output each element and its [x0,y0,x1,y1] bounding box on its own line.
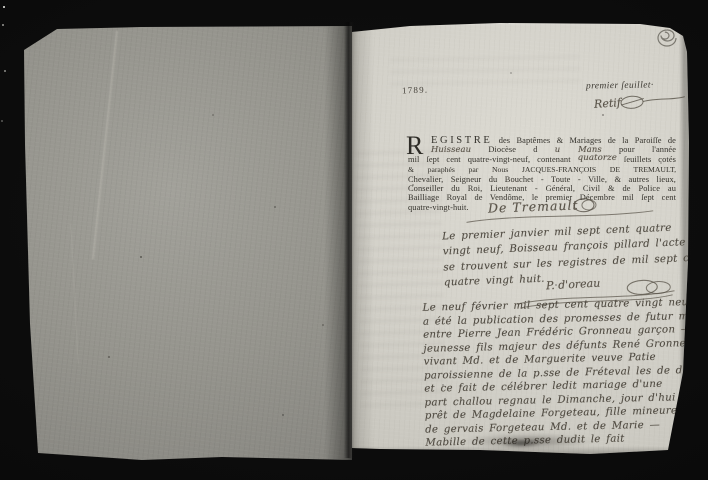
heading-diocese-label: Diocèse d [488,145,537,154]
scanned-register-spread: 1789. premier ſeuillet· Retif R EGISTRE … [0,0,708,480]
paper-specks [22,24,24,26]
official-signature: De Tremault [488,196,579,217]
book-gutter-shadow [344,22,354,458]
heading-line: Huisseau Diocèse d u Mans pour l'année [408,145,676,154]
folio-label: premier ſeuillet· [586,80,654,91]
page-corner-curl [651,25,679,51]
paper-crease [70,224,78,364]
register-title-page: 1789. premier ſeuillet· Retif R EGISTRE … [350,22,691,456]
ink-bleedthrough [390,46,581,85]
scan-edge-specks [0,0,2,2]
heading-line: Chevalier, Seigneur du Bouchet - Toute -… [408,175,676,184]
manuscript-entry-2: Le neuf février mil sept cent quatre vin… [422,296,681,450]
heading-line: mil ſept cent quatre-vingt-neuf, contena… [408,155,676,165]
paraph-loop-icon [617,91,686,112]
ink-smudge [500,439,542,448]
page-edge-highlight [350,22,691,26]
heading-line: Conseiller du Roi, Lieutenant - Général,… [408,184,676,193]
heading-dropcap: R [406,135,423,157]
heading-line3-a: mil ſept cent quatre-vingt-neuf, contena… [408,155,571,164]
entry1-signature: P. d'oreau [546,274,601,295]
parish-name-handwritten: Huisseau [431,144,471,154]
heading-line3-b: ſeuillets cotés [624,155,676,164]
left-blank-page [22,24,352,460]
folio-count-handwritten: quatorze [578,153,617,163]
heading-line2-tail: pour l'année [619,145,676,154]
heading-line: & paraphés par Nous JACQUES-FRANÇOIS DE … [408,165,676,174]
folio-annotation: Retif [593,93,621,113]
paper-crease [92,31,118,260]
year-label: 1789. [402,85,429,96]
